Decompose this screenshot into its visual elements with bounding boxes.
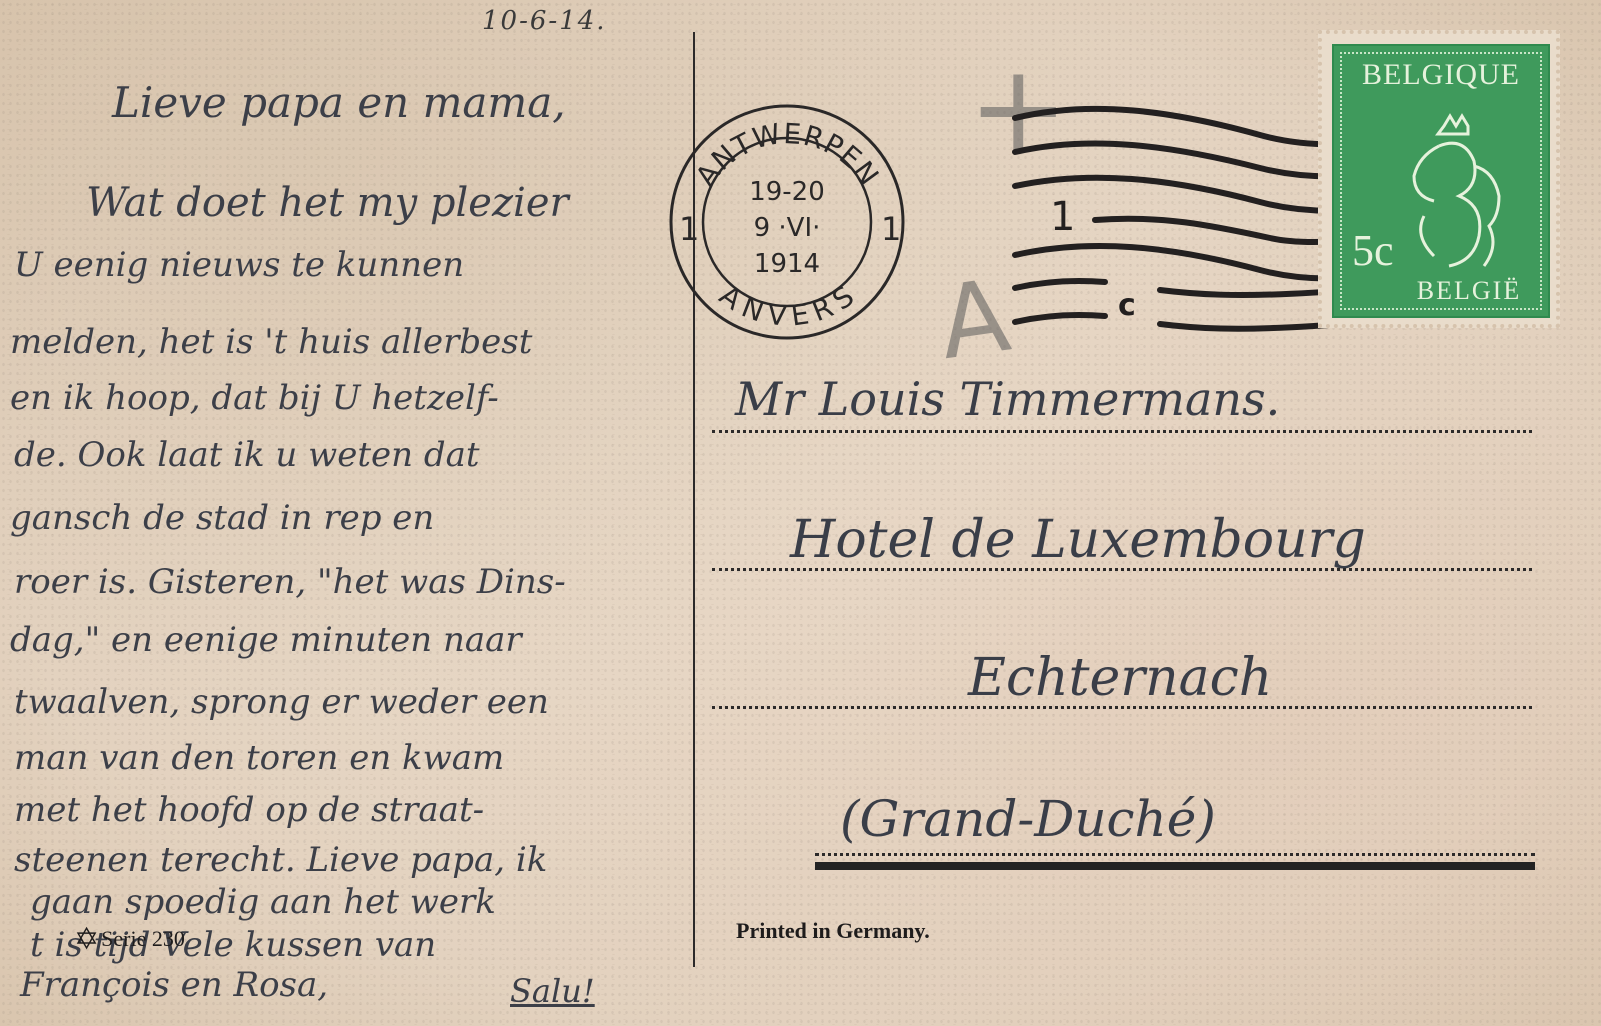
message-line: gaan spoedig aan het werk [30, 882, 496, 922]
svg-text:19-20: 19-20 [749, 177, 825, 207]
postcard-back: 10-6-14. Lieve papa en mama, Wat doet he… [0, 0, 1601, 1026]
lion-icon [1384, 106, 1514, 286]
stamp-value: 5c [1352, 225, 1394, 276]
svg-text:c: c [1118, 288, 1136, 323]
handwritten-date: 10-6-14. [482, 6, 607, 36]
antwerpen-postmark: ANTWERPEN ANVERS 19-20 9 ·VI· 1914 1 1 [665, 100, 910, 345]
address-line-1 [712, 430, 1532, 433]
message-line: man van den toren en kwam [14, 738, 504, 778]
message-line: en ik hoop, dat bij U hetzelf- [10, 378, 499, 418]
postage-stamp: BELGIQUE 5c BELGIË [1318, 30, 1560, 328]
greeting: Lieve papa en mama, [112, 78, 566, 127]
svg-text:1: 1 [1050, 194, 1075, 240]
stamp-country-bottom: BELGIË [1390, 276, 1548, 306]
message-line: met het hoofd op de straat- [14, 790, 484, 830]
message-line: U eenig nieuws te kunnen [14, 245, 464, 285]
svg-text:9 ·VI·: 9 ·VI· [754, 213, 821, 243]
address-hotel: Hotel de Luxembourg [790, 510, 1366, 570]
message-line: roer is. Gisteren, "het was Dins- [14, 562, 566, 602]
message-line: François en Rosa, [20, 965, 328, 1005]
message-line: dag," en eenige minuten naar [10, 620, 522, 660]
address-line-3 [712, 706, 1532, 709]
hexagram-star-icon: ✡ [74, 923, 99, 956]
address-line-2 [712, 568, 1532, 571]
svg-text:1: 1 [679, 210, 699, 248]
message-line: de. Ook laat ik u weten dat [14, 435, 480, 475]
message-line: steenen terecht. Lieve papa, ik [14, 840, 547, 880]
svg-text:1: 1 [881, 210, 901, 248]
series-label: ✡Serie 230 [74, 922, 185, 957]
address-thick-rule [815, 862, 1535, 870]
message-line: gansch de stad in rep en [10, 498, 434, 538]
message-line: twaalven, sprong er weder een [14, 682, 549, 722]
printed-in-germany: Printed in Germany. [736, 918, 930, 944]
series-text: Serie 230 [101, 926, 185, 951]
pencil-a-mark: A [933, 266, 1015, 375]
signoff: Salu! [510, 972, 595, 1010]
address-city: Echternach [968, 648, 1272, 708]
svg-text:1914: 1914 [754, 249, 820, 279]
message-line: melden, het is 't huis allerbest [10, 322, 532, 362]
stamp-country-top: BELGIQUE [1334, 58, 1548, 92]
address-recipient: Mr Louis Timmermans. [735, 372, 1280, 426]
stamp-face: BELGIQUE 5c BELGIË [1332, 44, 1550, 318]
address-line-4 [815, 853, 1535, 856]
address-country: (Grand-Duché) [840, 790, 1216, 848]
message-line: Wat doet het my plezier [86, 180, 569, 226]
